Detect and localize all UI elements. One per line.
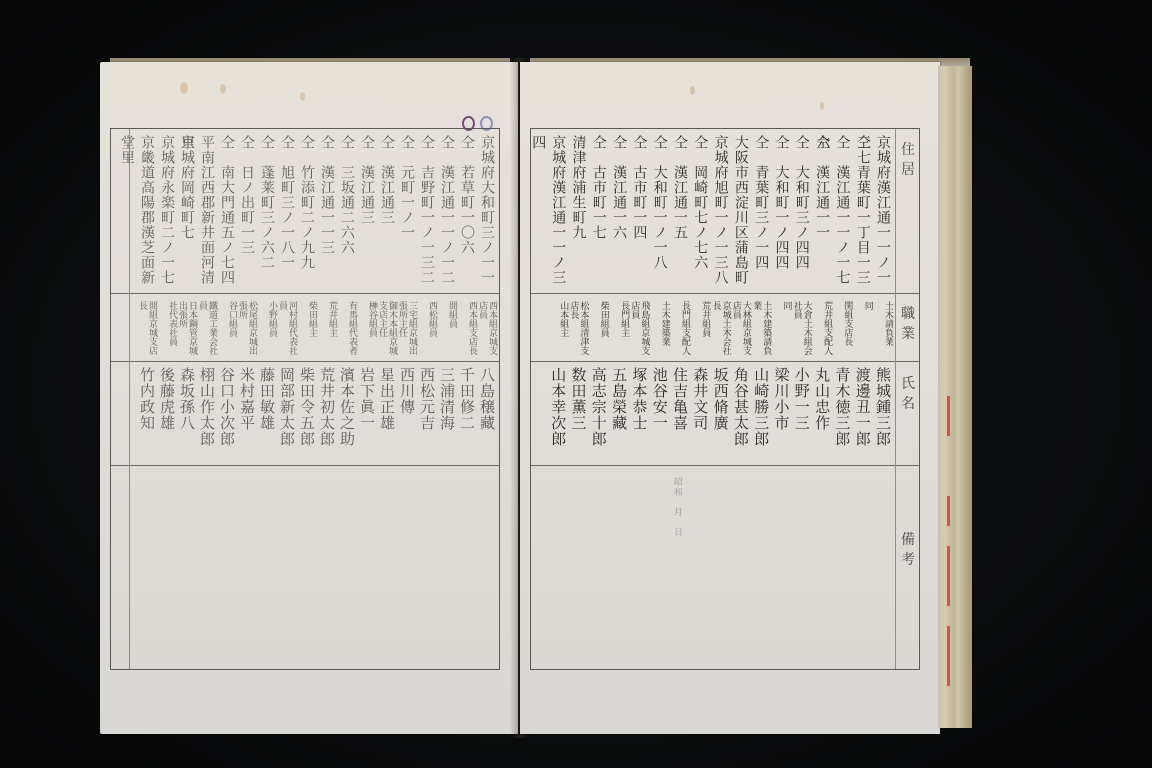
red-mark [947, 626, 950, 686]
entry-name: 千田修二 [457, 367, 477, 463]
right-register-form: 住 居 職業 氏 名 備 考 京城府漢江通一一ノ一三七土木請負業熊城鍾三郎仝 青… [530, 128, 920, 670]
entry-address: 仝 青葉町三ノ一四 [751, 135, 771, 295]
entry-occupation: 山本組主 [548, 301, 568, 359]
entry-address: 京城府漢江通一一ノ三四 [548, 135, 568, 295]
entry-occupation: 京城土木会社長 [711, 301, 731, 359]
entry-occupation: 御木本組京城支店主任 [377, 301, 397, 359]
entry-address: 仝 漢江通三 [357, 135, 377, 295]
stacked-page-edges [938, 66, 972, 728]
entry-name: 小野一三 [792, 367, 812, 463]
entry-occupation: 土木建築請負業 [751, 301, 771, 359]
foxing-spot [690, 86, 695, 95]
entry-address: 仝 漢江通一一三 [317, 135, 337, 295]
entry-address: 京城府漢江通一一ノ一三七 [873, 135, 893, 295]
entry-name: 西川傳 [397, 367, 417, 463]
entry-occupation: 有馬組代表者 [337, 301, 357, 359]
entry-name: 岡部新太郎 [277, 367, 297, 463]
right-entries: 京城府漢江通一一ノ一三七土木請負業熊城鍾三郎仝 青葉町一丁目一三同渡邊丑一郎仝 … [531, 129, 919, 669]
entry-occupation: 柴田組員 [589, 301, 609, 359]
entry-occupation: 河村組代表社員 [277, 301, 297, 359]
entry-address: 京城府永楽町二ノ一七 [157, 135, 177, 295]
entry-name: 渡邊丑一郎 [853, 367, 873, 463]
entry-address: 仝 漢江通一一 [812, 135, 832, 295]
entry-address: 仝 若草町一〇六 [457, 135, 477, 295]
entry-address: 仝 漢江通一五 [670, 135, 690, 295]
entry-name: 住吉亀喜 [670, 367, 690, 463]
entry-name: 濱本佐之助 [337, 367, 357, 463]
entry-address: 仝 竹添町二ノ九九 [297, 135, 317, 295]
entry-name: 柴田令五郎 [297, 367, 317, 463]
entry-name: 森井文司 [690, 367, 710, 463]
entry-name: 熊城鍾三郎 [873, 367, 893, 463]
foxing-spot [180, 82, 188, 94]
entry-occupation: 間組京城支店長 [137, 301, 157, 359]
entry-occupation: 荒井組支配人 [812, 301, 832, 359]
entry-address: 仝 蓬莱町三ノ六二 [257, 135, 277, 295]
entry-occupation: 同 [853, 301, 873, 359]
entry-name: 丸山忠作 [812, 367, 832, 463]
entry-occupation: 柴田組主 [297, 301, 317, 359]
entry-name: 角谷甚太郎 [731, 367, 751, 463]
entry-name: 藤田敏雄 [257, 367, 277, 463]
entry-name: 数田薫三 [569, 367, 589, 463]
left-entries: 京城府大和町三ノ一一西本組京城支店員八島穣藏仝 若草町一〇六西本組支店長千田修二… [111, 129, 499, 669]
entry-name: 竹内政知 [137, 367, 157, 463]
entry-address: 仝 岡崎町七ノ七六 [690, 135, 710, 295]
open-register-book: 京城府大和町三ノ一一西本組京城支店員八島穣藏仝 若草町一〇六西本組支店長千田修二… [100, 58, 972, 738]
left-register-form: 京城府大和町三ノ一一西本組京城支店員八島穣藏仝 若草町一〇六西本組支店長千田修二… [110, 128, 500, 670]
entry-address: 仝 日ノ出町一三 [237, 135, 257, 295]
entry-address: 京城府岡崎町七 [177, 135, 197, 295]
entry-occupation: 日本鋼管京城出張所 [177, 301, 197, 359]
entry-address: 仝 三坂通二六六 [337, 135, 357, 295]
entry-address: 清津府浦生町九 [569, 135, 589, 295]
entry-name: 池谷安一 [650, 367, 670, 463]
entry-occupation: 松尾組京城出張所 [237, 301, 257, 359]
entry-name: 森坂孫八 [177, 367, 197, 463]
entry-occupation: 荒井組主 [317, 301, 337, 359]
entry-occupation: 鐵道工業会社員 [197, 301, 217, 359]
entry-address: 仝 吉野町一ノ一三二 [417, 135, 437, 295]
entry-occupation: 大林組京城支店員 [731, 301, 751, 359]
entry-name: 山崎勝三郎 [751, 367, 771, 463]
entry-name: 山本幸次郎 [548, 367, 568, 463]
entry-address: 仝 青葉町一丁目一三 [853, 135, 873, 295]
entry-occupation: 榊谷組員 [357, 301, 377, 359]
entry-occupation: 西本組京城支店員 [477, 301, 497, 359]
entry-name: 五島榮藏 [609, 367, 629, 463]
entry-occupation: 土木請負業 [873, 301, 893, 359]
entry-name: 後藤虎雄 [157, 367, 177, 463]
faint-pencil-note: 昭和 月 日 [671, 477, 684, 567]
entry-address: 平南江西郡新井面河清里 [197, 135, 217, 295]
entry-name: 八島穣藏 [477, 367, 497, 463]
entry-occupation: 西松組員 [417, 301, 437, 359]
entry-name: 岩下眞一 [357, 367, 377, 463]
entry-address: 仝 古市町一七 [589, 135, 609, 295]
entry-name: 栩山作太郎 [197, 367, 217, 463]
red-mark [947, 546, 950, 606]
entry-name: 西松元吉 [417, 367, 437, 463]
right-page: 住 居 職業 氏 名 備 考 京城府漢江通一一ノ一三七土木請負業熊城鍾三郎仝 青… [520, 62, 940, 734]
entry-address: 京畿道高陽郡漢芝面新堂里 [137, 135, 157, 295]
red-mark [947, 396, 950, 436]
red-mark [947, 496, 950, 526]
entry-name: 塚本恭士 [629, 367, 649, 463]
entry-occupation: 飛島組京城支店員 [629, 301, 649, 359]
entry-name: 坂西脩廣 [711, 367, 731, 463]
entry-occupation: 松本組清津支店長 [569, 301, 589, 359]
entry-occupation: 谷口組員 [217, 301, 237, 359]
entry-occupation: 西本組支店長 [457, 301, 477, 359]
entry-address: 仝 旭町三ノ一八一 [277, 135, 297, 295]
foxing-spot [300, 92, 305, 101]
entry-address: 仝 元町一ノ一 [397, 135, 417, 295]
entry-address: 仝 南大門通五ノ七四 [217, 135, 237, 295]
foxing-spot [220, 84, 226, 94]
entry-address: 京城府旭町一ノ一三八 [711, 135, 731, 295]
entry-occupation: 社代表社員 [157, 301, 177, 359]
entry-address: 仝 漢江通一一ノ一七六 [832, 135, 852, 295]
entry-name: 三浦清海 [437, 367, 457, 463]
entry-occupation: 土木建築業 [650, 301, 670, 359]
entry-address: 仝 大和町一ノ四四 [772, 135, 792, 295]
entry-occupation: 大倉土木組会社員 [792, 301, 812, 359]
entry-address: 仝 古市町一四 [629, 135, 649, 295]
entry-occupation: 長門組支配人 [670, 301, 690, 359]
entry-name: 青木徳三郎 [832, 367, 852, 463]
entry-occupation: 小野組員 [257, 301, 277, 359]
entry-address: 大阪市西淀川区蒲島町 [731, 135, 751, 295]
entry-name: 米村嘉平 [237, 367, 257, 463]
entry-name: 高志宗十郎 [589, 367, 609, 463]
foxing-spot [820, 102, 824, 110]
left-page: 京城府大和町三ノ一一西本組京城支店員八島穣藏仝 若草町一〇六西本組支店長千田修二… [100, 62, 518, 734]
entry-name: 荒井初太郎 [317, 367, 337, 463]
entry-name: 谷口小次郎 [217, 367, 237, 463]
entry-occupation: 荒井組員 [690, 301, 710, 359]
entry-occupation: 同 [772, 301, 792, 359]
entry-address: 京城府大和町三ノ一一 [477, 135, 497, 295]
entry-occupation: 関組支店長 [832, 301, 852, 359]
entry-occupation: 三宅組京城出張所主任 [397, 301, 417, 359]
entry-occupation: 間組員 [437, 301, 457, 359]
entry-address: 仝 漢江通一六 [609, 135, 629, 295]
entry-name: 星出正雄 [377, 367, 397, 463]
entry-address: 仝 大和町三ノ四四 [792, 135, 812, 295]
entry-address: 仝 漢江通三 [377, 135, 397, 295]
entry-occupation: 長門組主 [609, 301, 629, 359]
entry-name: 梁川小市 [772, 367, 792, 463]
entry-address: 仝 大和町一ノ一八 [650, 135, 670, 295]
entry-address: 仝 漢江通一一ノ一二 [437, 135, 457, 295]
